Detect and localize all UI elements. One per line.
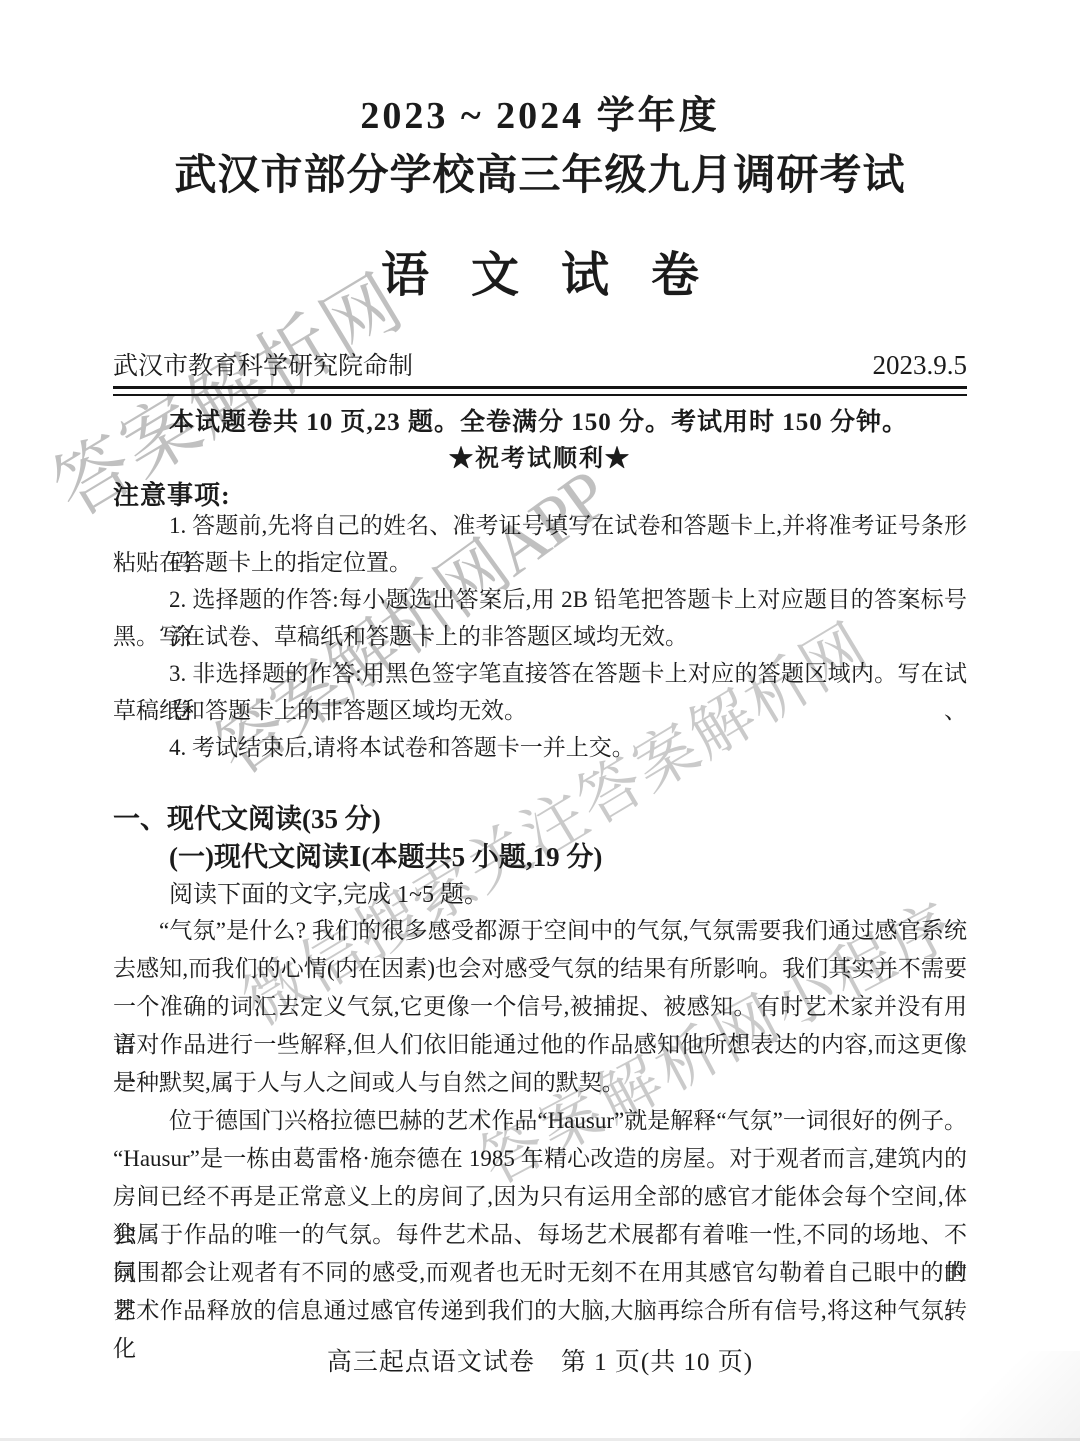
notice-line: 2. 选择题的作答:每小题选出答案后,用 2B 铅笔把答题卡上对应题目的答案标号… (113, 581, 967, 618)
passage-paragraph-2: 位于德国门兴格拉德巴赫的艺术作品“Hausur”就是解释“气氛”一词很好的例子。… (113, 1102, 967, 1330)
notice-line: 粘贴在答题卡上的指定位置。 (113, 544, 967, 581)
notice-line: 1. 答题前,先将自己的姓名、准考证号填写在试卷和答题卡上,并将准考证号条形码 (113, 507, 967, 544)
notice-line: 3. 非选择题的作答:用黑色签字笔直接答在答题卡上对应的答题区域内。写在试卷、 (113, 655, 967, 692)
exam-date: 2023.9.5 (873, 350, 968, 381)
notice-list: 1. 答题前,先将自己的姓名、准考证号填写在试卷和答题卡上,并将准考证号条形码 … (113, 507, 967, 766)
subsection-heading: (一)现代文阅读Ⅰ(本题共5 小题,19 分) (113, 835, 967, 874)
notice-line: 黑。写在试卷、草稿纸和答题卡上的非答题区域均无效。 (113, 618, 967, 655)
page-footer: 高三起点语文试卷 第 1 页(共 10 页) (113, 1342, 967, 1378)
notice-line: 4. 考试结束后,请将本试卷和答题卡一并上交。 (113, 729, 967, 766)
passage-paragraph-1: “气氛”是什么? 我们的很多感受都源于空间中的气氛,气氛需要我们通过感官系统 去… (113, 912, 967, 1102)
passage-line: “Hausur”是一栋由葛雷格·施奈德在 1985 年精心改造的房屋。对于观者而… (113, 1140, 967, 1178)
passage-line: 位于德国门兴格拉德巴赫的艺术作品“Hausur”就是解释“气氛”一词很好的例子。 (113, 1102, 967, 1140)
passage-line: 一个准确的词汇去定义气氛,它更像一个信号,被捕捉、被感知。有时艺术家并没有用语 (113, 988, 967, 1026)
exam-name-title: 武汉市部分学校高三年级九月调研考试 (113, 142, 967, 202)
issuer-label: 武汉市教育科学研究院命制 (113, 346, 413, 382)
passage-line: 艺术作品释放的信息通过感官传递到我们的大脑,大脑再综合所有信号,将这种气氛转化 (113, 1292, 967, 1330)
section-heading: 一、现代文阅读(35 分) (113, 797, 967, 836)
passage-line: 言对作品进行一些解释,但人们依旧能通过他的作品感知他所想表达的内容,而这更像是 (113, 1026, 967, 1064)
reading-instruction: 阅读下面的文字,完成 1~5 题。 (113, 874, 967, 909)
exam-year-title: 2023 ~ 2024 学年度 (113, 84, 967, 139)
double-rule-divider (113, 386, 967, 396)
issuer-row: 武汉市教育科学研究院命制 2023.9.5 (113, 346, 967, 382)
exam-paper-page: 答案解析网 答案解析网APP 微信搜索关注答案解析网 答案解析网小程序 2023… (0, 0, 1080, 1441)
passage-line: 房间已经不再是正常意义上的房间了,因为只有运用全部的感官才能体会每个空间,体会 (113, 1178, 967, 1216)
passage-line: 独属于作品的唯一的气氛。每件艺术品、每场艺术展都有着唯一性,不同的场地、不同的 (113, 1216, 967, 1254)
passage-line: 一种默契,属于人与人之间或人与自然之间的默契。 (113, 1064, 967, 1102)
scan-corner-shadow (960, 1351, 1080, 1441)
paper-subject-title: 语文试卷 (113, 236, 967, 305)
exam-wish-line: ★祝考试顺利★ (113, 438, 967, 473)
passage-line: 去感知,而我们的心情(内在因素)也会对感受气氛的结果有所影响。我们其实并不需要 (113, 950, 967, 988)
passage-line: “气氛”是什么? 我们的很多感受都源于空间中的气氛,气氛需要我们通过感官系统 (113, 912, 967, 950)
passage-line: 氛围都会让观者有不同的感受,而观者也无时无刻不在用其感官勾勒着自己眼中的世界。 (113, 1254, 967, 1292)
exam-info-line: 本试题卷共 10 页,23 题。全卷满分 150 分。考试用时 150 分钟。 (113, 402, 967, 438)
